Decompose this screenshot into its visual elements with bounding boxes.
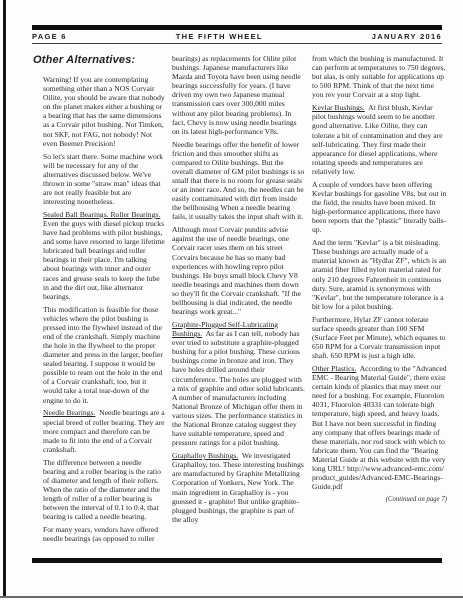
paragraph: Graphalloy Bushings. We investigated Gra… bbox=[172, 451, 305, 524]
article-title: Other Alternatives: bbox=[33, 54, 165, 67]
paragraph: So let's start there. Some machine work … bbox=[43, 152, 165, 207]
paragraph-text: We investigated Graphalloy, too. These i… bbox=[172, 451, 304, 524]
paragraph-text: This modification is feasible for those … bbox=[43, 305, 163, 405]
paragraph-heading: Needle Bearings. bbox=[43, 408, 95, 417]
masthead: PAGE 6 THE FIFTH WHEEL JANUARY 2016 bbox=[32, 32, 442, 41]
paragraph-text: bearings) as replacements for Oilite pil… bbox=[172, 54, 301, 136]
header-page-number: PAGE 6 bbox=[32, 32, 67, 41]
continued-note: (Continued on page 7) bbox=[312, 495, 447, 504]
page-bottom-edge-line bbox=[0, 596, 463, 598]
paragraph-heading: Kevlar Bushings. bbox=[312, 103, 365, 112]
article-columns: Other Alternatives: Warning! If you are … bbox=[33, 54, 447, 557]
paragraph: Sealed Ball Bearings. Roller Bearings. E… bbox=[43, 210, 165, 301]
paragraph: Other Plastics. According to the "Advanc… bbox=[312, 364, 447, 491]
paragraph: Although most Corvair pundits advise aga… bbox=[172, 225, 305, 316]
paragraph-text: For many years, vendors have offered nee… bbox=[43, 525, 158, 543]
paragraph: Needle Bearings. Needle bearings are a s… bbox=[43, 408, 165, 453]
paragraph-heading: Other Plastics. bbox=[312, 364, 356, 373]
paragraph-text: Needle bearings offer the benefit of low… bbox=[172, 140, 304, 222]
paragraph: Warning! If you are contemplating someth… bbox=[43, 75, 165, 148]
paragraph-text: So let's start there. Some machine work … bbox=[43, 152, 163, 206]
paragraph: from which the bushing is manufactured. … bbox=[312, 54, 447, 99]
paragraph-text: from which the bushing is manufactured. … bbox=[312, 54, 445, 99]
paragraph-text: The difference between a needle bearing … bbox=[43, 458, 161, 522]
column-1: Other Alternatives: Warning! If you are … bbox=[33, 54, 165, 557]
paragraph-text: And the term "Kevlar" is a bit misleadin… bbox=[312, 238, 446, 311]
paragraph: This modification is feasible for those … bbox=[43, 305, 165, 405]
paragraph: Needle bearings offer the benefit of low… bbox=[172, 140, 305, 222]
paragraph-text: Warning! If you are contemplating someth… bbox=[43, 75, 165, 148]
paragraph-heading: Graphalloy Bushings. bbox=[172, 451, 238, 460]
paragraph: The difference between a needle bearing … bbox=[43, 458, 165, 522]
paragraph-text: According to the "Advanced EMC - Bearing… bbox=[312, 364, 447, 491]
paragraph-heading: Sealed Ball Bearings. Roller Bearings. bbox=[43, 210, 160, 219]
column-2: bearings) as replacements for Oilite pil… bbox=[172, 54, 305, 557]
paragraph: Kevlar Bushings. At first blush, Kevlar … bbox=[312, 103, 447, 176]
paragraph: And the term "Kevlar" is a bit misleadin… bbox=[312, 238, 447, 311]
paragraph-text: Furthermore, Hylar ZF cannot tolerate su… bbox=[312, 315, 445, 360]
paragraph: For many years, vendors have offered nee… bbox=[43, 525, 165, 543]
footer-bar bbox=[32, 558, 442, 563]
paragraph-text: Although most Corvair pundits advise aga… bbox=[172, 225, 301, 316]
paragraph-text: As far as I can tell, nobody has ever tr… bbox=[172, 329, 305, 447]
masthead-rule bbox=[32, 43, 442, 44]
paragraph-text: A couple of vendors have been offering K… bbox=[312, 180, 446, 234]
header-newsletter-title: THE FIFTH WHEEL bbox=[176, 32, 263, 41]
paragraph-text: At first blush, Kevlar pilot bushings wo… bbox=[312, 103, 443, 176]
paragraph: Furthermore, Hylar ZF cannot tolerate su… bbox=[312, 315, 447, 360]
paragraph: bearings) as replacements for Oilite pil… bbox=[172, 54, 305, 136]
newsletter-page: { "colors": { "ink": "#262626", "bar": "… bbox=[0, 0, 463, 600]
paragraph-text: Even the guys with diesel pickup trucks … bbox=[43, 219, 165, 301]
column-3: from which the bushing is manufactured. … bbox=[312, 54, 447, 557]
page-left-edge-line bbox=[3, 0, 6, 596]
masthead-top-bar bbox=[32, 25, 442, 30]
paragraph: A couple of vendors have been offering K… bbox=[312, 180, 447, 235]
paragraph: Graphite-Plugged Self-Lubricating Bushin… bbox=[172, 320, 305, 447]
header-issue-date: JANUARY 2016 bbox=[372, 32, 442, 41]
